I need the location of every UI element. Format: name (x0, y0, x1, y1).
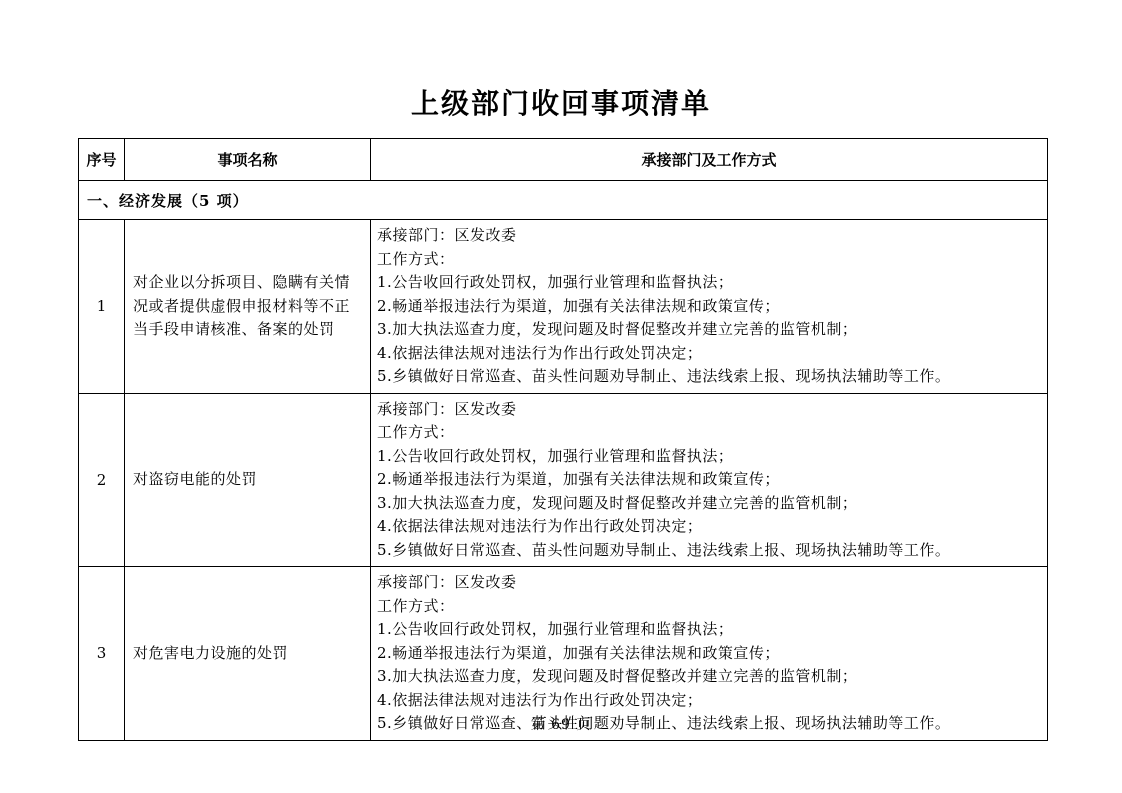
table-header-row: 序号 事项名称 承接部门及工作方式 (79, 139, 1048, 181)
detail-line: 承接部门：区发改委 (377, 224, 1041, 248)
row-department-details: 承接部门：区发改委 工作方式： 1.公告收回行政处罚权，加强行业管理和监督执法；… (371, 220, 1048, 394)
row-item-name: 对企业以分拆项目、隐瞒有关情况或者提供虚假申报材料等不正当手段申请核准、备案的处… (125, 220, 371, 394)
header-cell-serial: 序号 (79, 139, 125, 181)
detail-line: 3.加大执法巡查力度，发现问题及时督促整改并建立完善的监管机制； (377, 492, 1041, 516)
row-serial-number: 1 (79, 220, 125, 394)
detail-line: 4.依据法律法规对违法行为作出行政处罚决定； (377, 515, 1041, 539)
detail-line: 工作方式： (377, 248, 1041, 272)
document-page: 上级部门收回事项清单 序号 事项名称 承接部门及工作方式 一、经济发展（5 项）… (0, 0, 1122, 793)
detail-line: 2.畅通举报违法行为渠道，加强有关法律法规和政策宣传； (377, 295, 1041, 319)
recalled-items-table: 序号 事项名称 承接部门及工作方式 一、经济发展（5 项） 1 对企业以分拆项目… (78, 138, 1048, 741)
detail-line: 1.公告收回行政处罚权，加强行业管理和监督执法； (377, 271, 1041, 295)
detail-line: 承接部门：区发改委 (377, 398, 1041, 422)
detail-line: 2.畅通举报违法行为渠道，加强有关法律法规和政策宣传； (377, 468, 1041, 492)
detail-line: 3.加大执法巡查力度，发现问题及时督促整改并建立完善的监管机制； (377, 318, 1041, 342)
page-title: 上级部门收回事项清单 (0, 82, 1122, 122)
detail-line: 1.公告收回行政处罚权，加强行业管理和监督执法； (377, 618, 1041, 642)
detail-line: 工作方式： (377, 595, 1041, 619)
detail-line: 5.乡镇做好日常巡查、苗头性问题劝导制止、违法线索上报、现场执法辅助等工作。 (377, 365, 1041, 389)
detail-line: 4.依据法律法规对违法行为作出行政处罚决定； (377, 342, 1041, 366)
table-row: 1 对企业以分拆项目、隐瞒有关情况或者提供虚假申报材料等不正当手段申请核准、备案… (79, 220, 1048, 394)
detail-line: 4.依据法律法规对违法行为作出行政处罚决定； (377, 689, 1041, 713)
detail-line: 工作方式： (377, 421, 1041, 445)
detail-line: 5.乡镇做好日常巡查、苗头性问题劝导制止、违法线索上报、现场执法辅助等工作。 (377, 539, 1041, 563)
detail-line: 1.公告收回行政处罚权，加强行业管理和监督执法； (377, 445, 1041, 469)
detail-line: 2.畅通举报违法行为渠道，加强有关法律法规和政策宣传； (377, 642, 1041, 666)
row-serial-number: 2 (79, 393, 125, 567)
section-row-economic-development: 一、经济发展（5 项） (79, 181, 1048, 220)
detail-line: 3.加大执法巡查力度，发现问题及时督促整改并建立完善的监管机制； (377, 665, 1041, 689)
header-cell-item-name: 事项名称 (125, 139, 371, 181)
row-department-details: 承接部门：区发改委 工作方式： 1.公告收回行政处罚权，加强行业管理和监督执法；… (371, 393, 1048, 567)
section-header-label: 一、经济发展（5 项） (79, 181, 1048, 220)
page-footer: 第 69 页 (0, 714, 1122, 734)
row-item-name: 对盗窃电能的处罚 (125, 393, 371, 567)
detail-line: 承接部门：区发改委 (377, 571, 1041, 595)
header-cell-department: 承接部门及工作方式 (371, 139, 1048, 181)
table-row: 2 对盗窃电能的处罚 承接部门：区发改委 工作方式： 1.公告收回行政处罚权，加… (79, 393, 1048, 567)
